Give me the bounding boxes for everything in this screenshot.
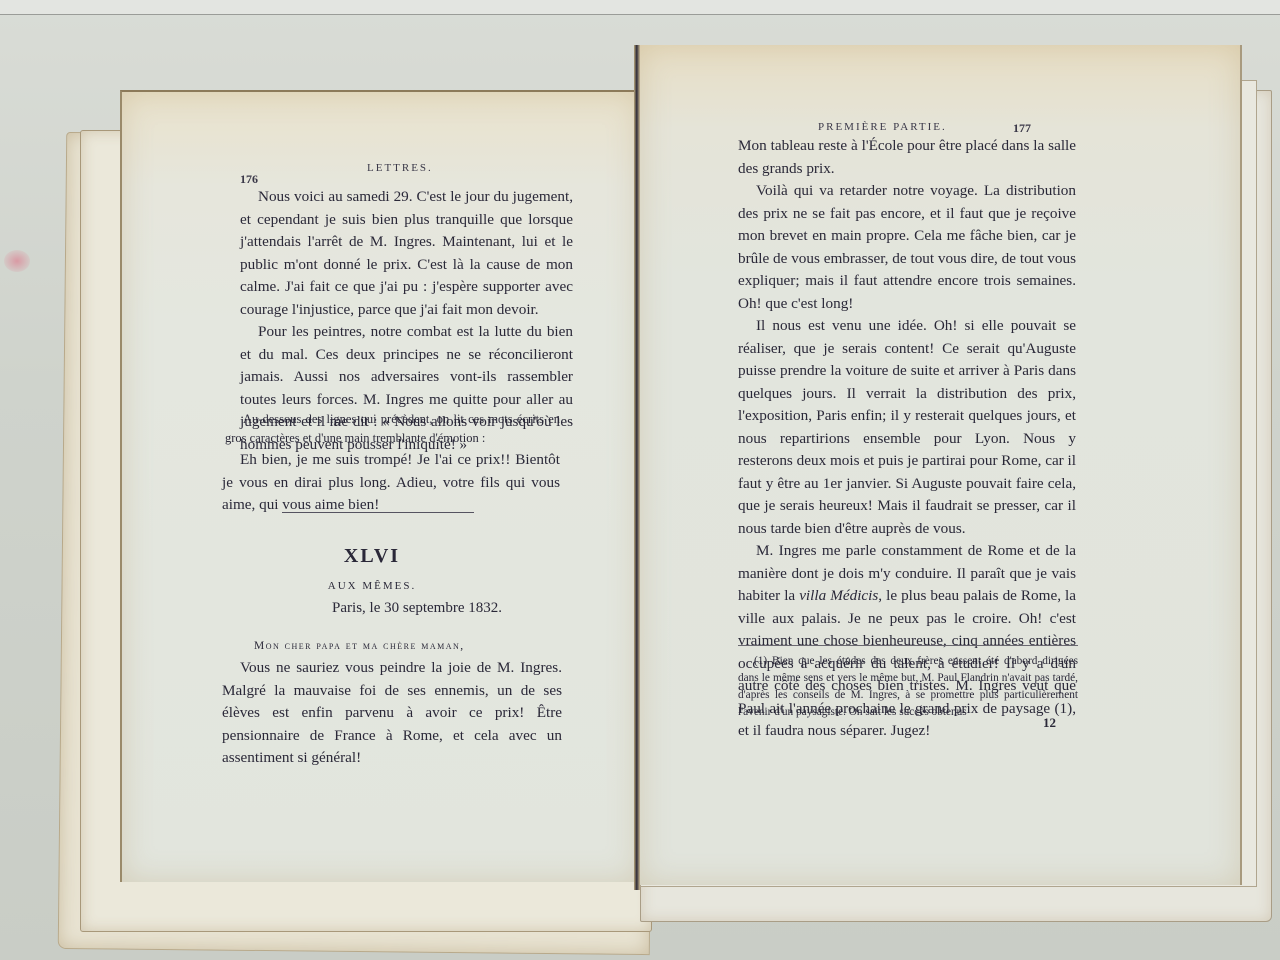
signature-mark: 12 <box>1043 715 1056 731</box>
paragraph: Mon tableau reste à l'École pour être pl… <box>738 135 1076 180</box>
paragraph: Il nous est venu une idée. Oh! si elle p… <box>738 315 1076 540</box>
section-divider <box>282 512 474 513</box>
paragraph: Voilà qui va retarder notre voyage. La d… <box>738 180 1076 315</box>
table-edge <box>0 0 1280 15</box>
right-body: Mon tableau reste à l'École pour être pl… <box>738 135 1076 743</box>
page-number-right: 177 <box>1013 121 1031 136</box>
letter-opening: Vous ne sauriez vous peindre la joie de … <box>222 657 562 770</box>
chapter-number: XLVI <box>272 545 472 568</box>
pink-stain <box>4 250 30 272</box>
page-number-left: 176 <box>240 172 258 187</box>
paragraph: Nous voici au samedi 29. C'est le jour d… <box>240 186 573 321</box>
editorial-note-text: Au-dessous des lignes qui précèdent, on … <box>225 410 560 448</box>
letter-opening-text: Vous ne sauriez vous peindre la joie de … <box>222 657 562 770</box>
footnote: (1) Bien que les études des deux frères … <box>738 653 1078 721</box>
postscript: Eh bien, je me suis trompé! Je l'ai ce p… <box>222 449 560 517</box>
italic-place-name: villa Médicis <box>799 587 878 604</box>
running-head-right: PREMIÈRE PARTIE. <box>818 121 947 133</box>
addressee: AUX MÊMES. <box>272 580 472 592</box>
right-page: PREMIÈRE PARTIE. 177 Mon tableau reste à… <box>640 45 1242 885</box>
footnote-text: (1) Bien que les études des deux frères … <box>738 653 1078 721</box>
running-head-left: LETTRES. <box>367 162 433 174</box>
editorial-note: Au-dessous des lignes qui précèdent, on … <box>225 410 560 448</box>
salutation: Mon cher papa et ma chère maman, <box>254 640 465 652</box>
postscript-text: Eh bien, je me suis trompé! Je l'ai ce p… <box>222 449 560 517</box>
footnote-divider <box>738 645 1078 646</box>
dateline: Paris, le 30 septembre 1832. <box>272 600 502 617</box>
left-page: 176 LETTRES. Nous voici au samedi 29. C'… <box>120 90 638 882</box>
